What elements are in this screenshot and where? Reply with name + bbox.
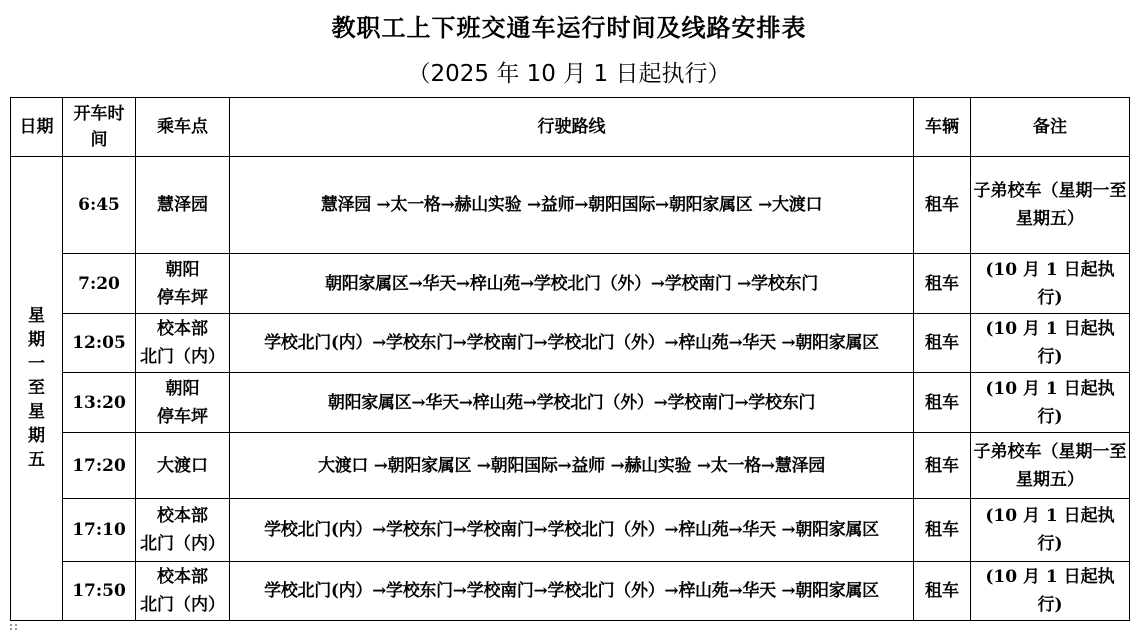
table-row: 13:20 朝阳 停车坪 朝阳家属区→华天→梓山苑→学校北门（外）→学校南门→学… [11,373,1130,433]
route: 学校北门(内）→学校东门→学校南门→学校北门（外）→梓山苑→华天 →朝阳家属区 [230,499,914,562]
schedule-table: 日期 开车时间 乘车点 行驶路线 车辆 备注 星期一至星期五 6:45 慧泽园 … [10,97,1130,621]
boarding-point-line2: 停车坪 [138,284,227,312]
route: 慧泽园 →太一格→赫山实验 →益师→朝阳国际→朝阳家属区 →大渡口 [230,157,914,254]
note: (10 月 1 日起执行) [971,254,1130,314]
departure-time: 12:05 [63,314,136,373]
vehicle: 租车 [914,314,971,373]
table-row: 12:05 校本部 北门（内） 学校北门(内）→学校东门→学校南门→学校北门（外… [11,314,1130,373]
header-stop: 乘车点 [136,98,230,157]
boarding-point-line2: 北门（内） [138,530,227,558]
header-time-label: 开车时间 [72,101,126,153]
header-time: 开车时间 [63,98,136,157]
table-header-row: 日期 开车时间 乘车点 行驶路线 车辆 备注 [11,98,1130,157]
vehicle: 租车 [914,433,971,499]
boarding-point-line1: 校本部 [138,502,227,530]
note: (10 月 1 日起执行) [971,499,1130,562]
route: 朝阳家属区→华天→梓山苑→学校北门（外）→学校南门→学校东门 [230,373,914,433]
boarding-point-line2: 北门（内） [138,343,227,371]
header-vehicle: 车辆 [914,98,971,157]
departure-time: 17:50 [63,562,136,621]
boarding-point: 大渡口 [136,433,230,499]
vehicle: 租车 [914,562,971,621]
vehicle: 租车 [914,157,971,254]
boarding-point-line1: 校本部 [138,315,227,343]
note: (10 月 1 日起执行) [971,562,1130,621]
date-group-cell: 星期一至星期五 [11,157,63,621]
table-move-handle-icon[interactable] [10,624,20,632]
date-group-label: 星期一至星期五 [27,304,47,472]
boarding-point-line2: 北门（内） [138,591,227,619]
route: 学校北门(内）→学校东门→学校南门→学校北门（外）→梓山苑→华天 →朝阳家属区 [230,562,914,621]
boarding-point-line1: 朝阳 [138,256,227,284]
departure-time: 17:10 [63,499,136,562]
note: (10 月 1 日起执行) [971,314,1130,373]
note: 子弟校车（星期一至星期五） [971,433,1130,499]
departure-time: 7:20 [63,254,136,314]
document-subtitle: （2025 年 10 月 1 日起执行） [0,58,1138,90]
boarding-point: 朝阳 停车坪 [136,254,230,314]
document-title: 教职工上下班交通车运行时间及线路安排表 [0,12,1138,44]
boarding-point: 校本部 北门（内） [136,562,230,621]
header-date: 日期 [11,98,63,157]
boarding-point-line1: 慧泽园 [138,191,227,219]
boarding-point: 朝阳 停车坪 [136,373,230,433]
table-row: 17:50 校本部 北门（内） 学校北门(内）→学校东门→学校南门→学校北门（外… [11,562,1130,621]
table-row: 星期一至星期五 6:45 慧泽园 慧泽园 →太一格→赫山实验 →益师→朝阳国际→… [11,157,1130,254]
boarding-point-line2: 停车坪 [138,403,227,431]
note: (10 月 1 日起执行) [971,373,1130,433]
boarding-point-line1: 大渡口 [138,452,227,480]
departure-time: 17:20 [63,433,136,499]
header-note: 备注 [971,98,1130,157]
table-row: 17:10 校本部 北门（内） 学校北门(内）→学校东门→学校南门→学校北门（外… [11,499,1130,562]
boarding-point: 慧泽园 [136,157,230,254]
vehicle: 租车 [914,254,971,314]
vehicle: 租车 [914,373,971,433]
departure-time: 6:45 [63,157,136,254]
boarding-point: 校本部 北门（内） [136,499,230,562]
note: 子弟校车（星期一至星期五） [971,157,1130,254]
boarding-point-line1: 校本部 [138,563,227,591]
header-route: 行驶路线 [230,98,914,157]
route: 学校北门(内）→学校东门→学校南门→学校北门（外）→梓山苑→华天 →朝阳家属区 [230,314,914,373]
table-row: 17:20 大渡口 大渡口 →朝阳家属区 →朝阳国际→益师 →赫山实验 →太一格… [11,433,1130,499]
departure-time: 13:20 [63,373,136,433]
table-row: 7:20 朝阳 停车坪 朝阳家属区→华天→梓山苑→学校北门（外）→学校南门 →学… [11,254,1130,314]
vehicle: 租车 [914,499,971,562]
route: 大渡口 →朝阳家属区 →朝阳国际→益师 →赫山实验 →太一格→慧泽园 [230,433,914,499]
route: 朝阳家属区→华天→梓山苑→学校北门（外）→学校南门 →学校东门 [230,254,914,314]
boarding-point: 校本部 北门（内） [136,314,230,373]
boarding-point-line1: 朝阳 [138,375,227,403]
